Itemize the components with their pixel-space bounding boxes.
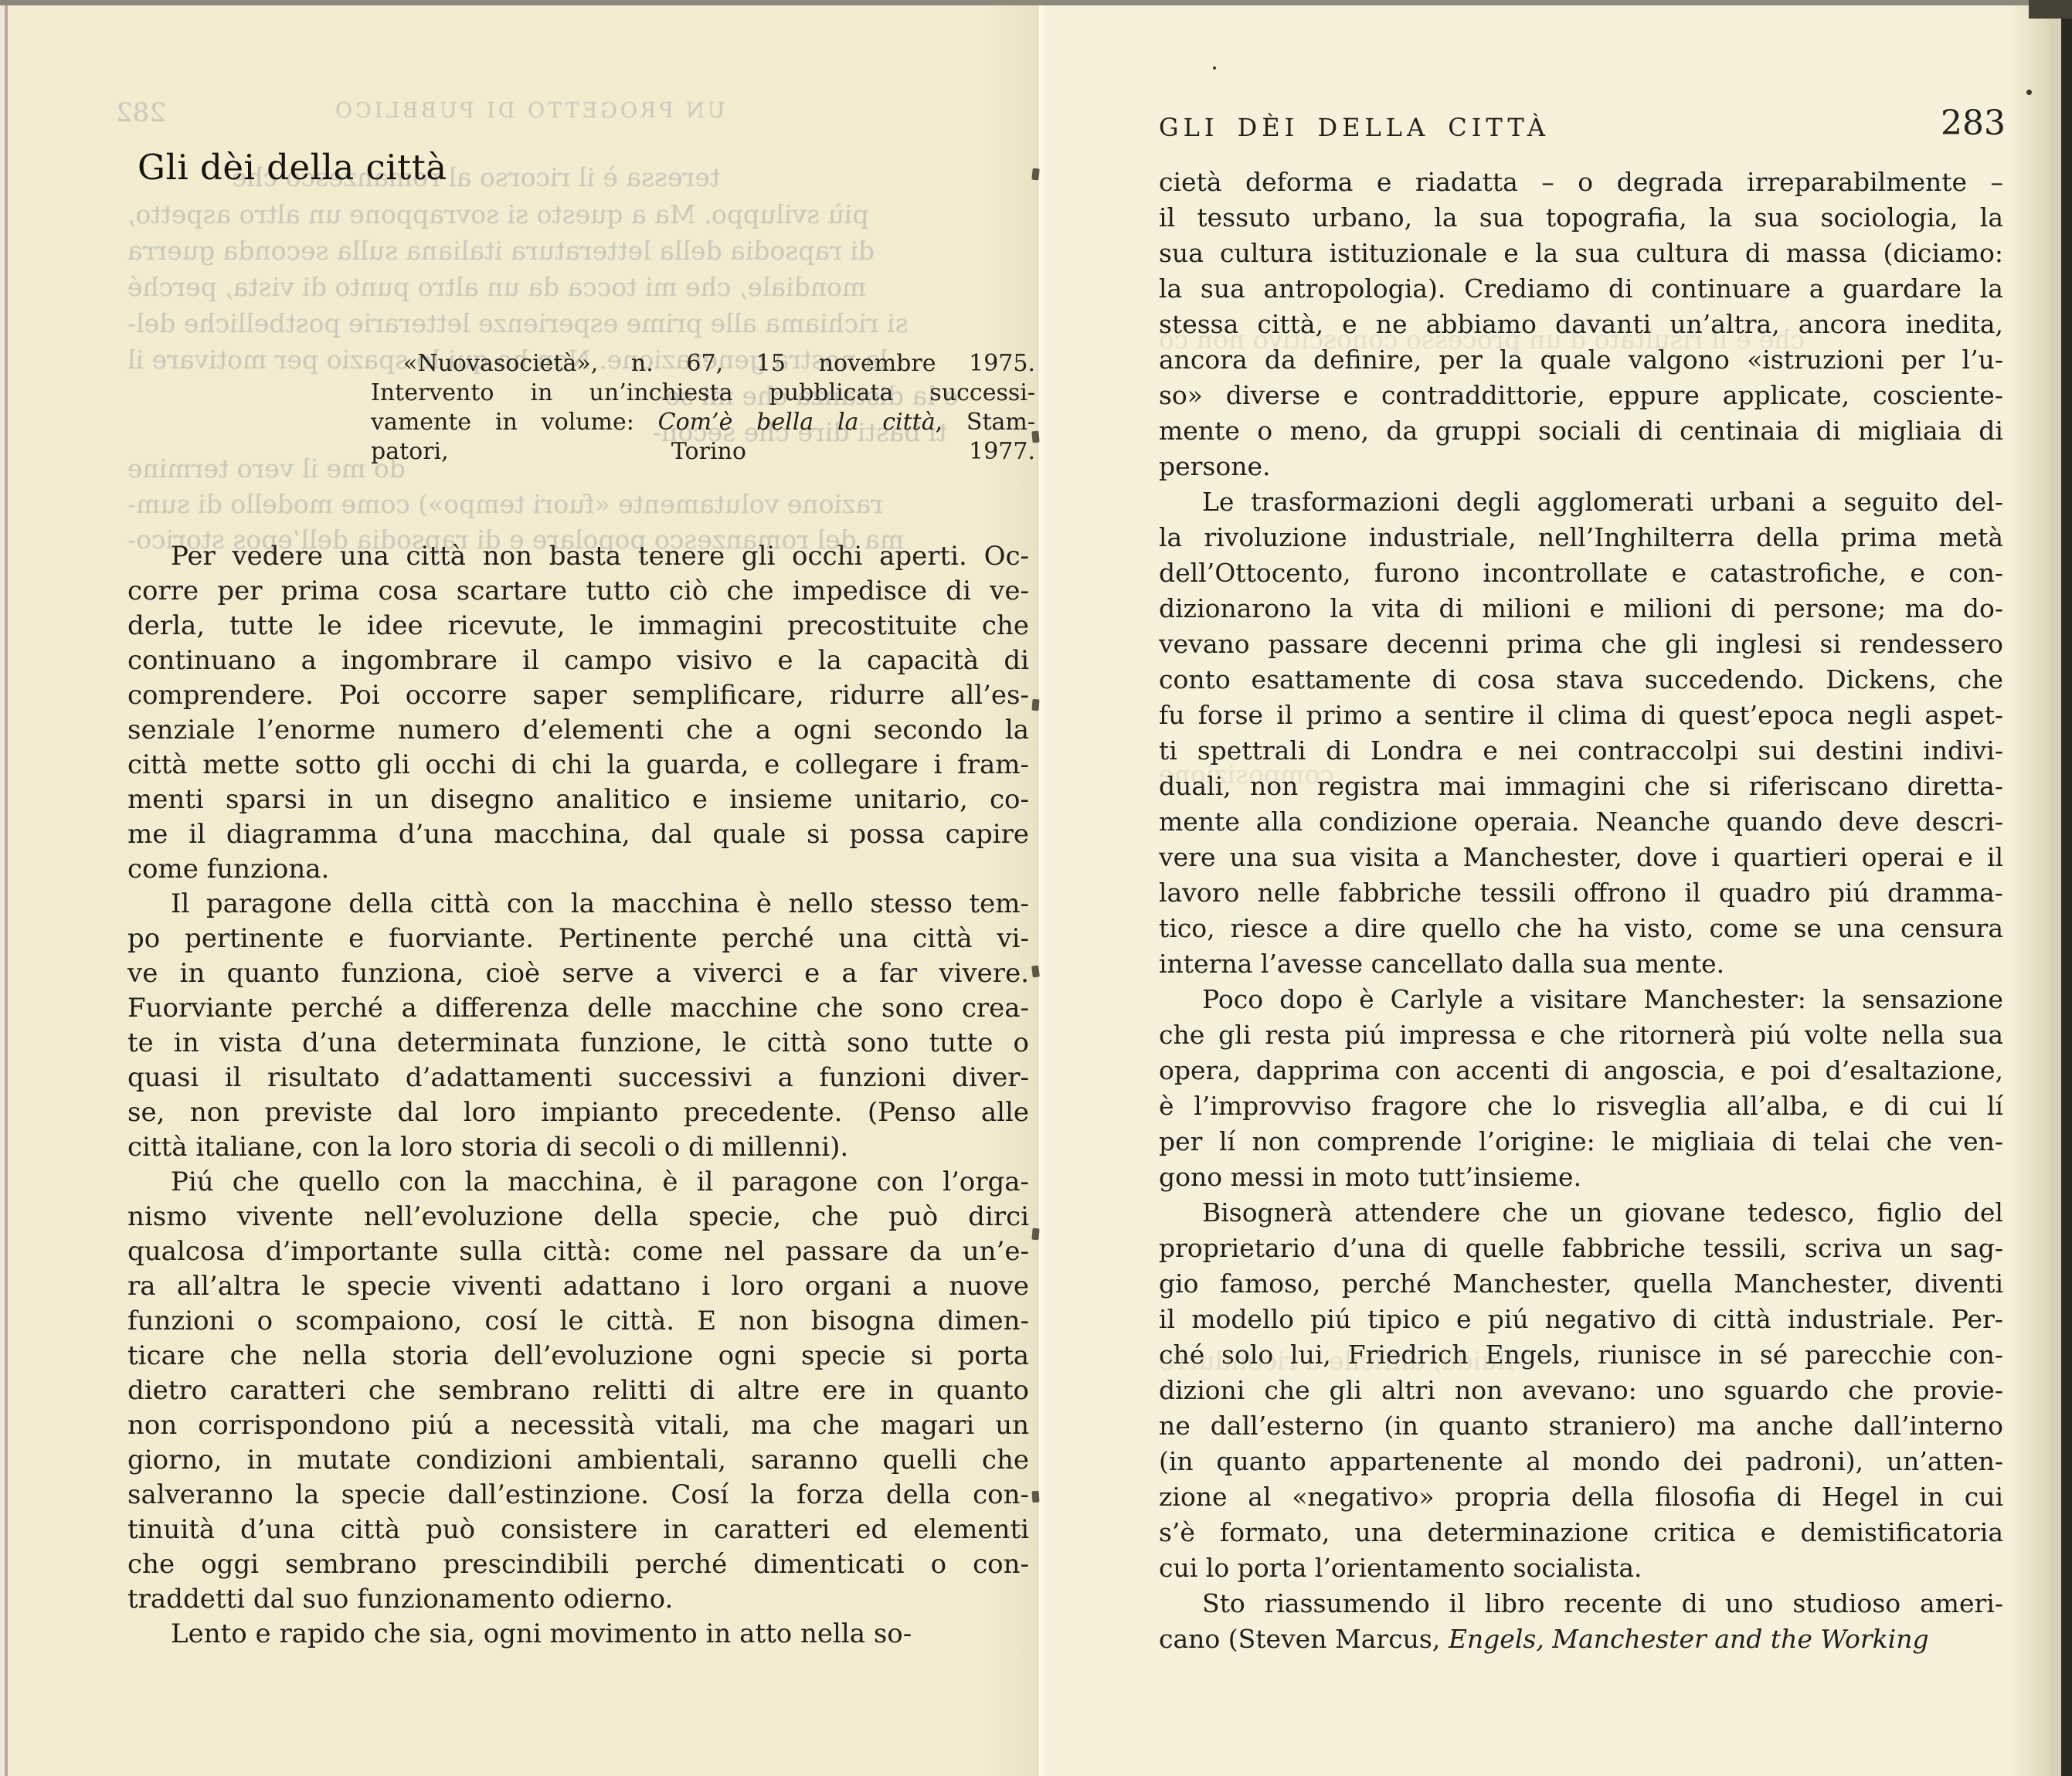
text-line: gio famoso, perché Manchester, quella Ma…: [1159, 1266, 2003, 1302]
essay-title: Gli dèi della città: [138, 147, 447, 188]
text-line: vere una sua visita a Manchester, dove i…: [1159, 840, 2003, 875]
book-right-page-edge: [2049, 5, 2061, 1776]
text-line: Lento e rapido che sia, ogni movimento i…: [127, 1617, 1029, 1652]
text-line: cano (Steven Marcus, Engels, Manchester …: [1159, 1621, 2003, 1657]
text-line: vevano passare decenni prima che gli ing…: [1159, 627, 2003, 662]
paper-speck: [1213, 66, 1216, 70]
text-line: ancora da definire, per la quale valgono…: [1159, 342, 2003, 378]
source-citation: «Nuovasocietà», n. 67, 15 novembre 1975.…: [371, 349, 1035, 467]
text-line: il modello piú tipico e piú negativo di …: [1159, 1302, 2003, 1337]
text-line: come funziona.: [127, 852, 1029, 887]
text-line: Per vedere una città non basta tenere gl…: [127, 539, 1029, 574]
bleed-through-line: mondiale, che mi tocca da un altro punto…: [127, 272, 866, 302]
page-number: 283: [1905, 104, 2006, 143]
text-line: se, non previste dal loro impianto prece…: [127, 1095, 1029, 1130]
text-line: Il paragone della città con la macchina …: [127, 887, 1029, 922]
book-spread: 282UN PROGETTO DI PUBBLICOteressa è il r…: [0, 0, 2072, 1776]
text-line: Piú che quello con la macchina, è il par…: [127, 1165, 1029, 1200]
text-line: traddetti dal suo funzionamento odierno.: [127, 1582, 1029, 1617]
paragraph: cietà deforma e riadatta – o degrada irr…: [1159, 165, 2003, 484]
bleed-through-line: di rapsodia della letteratura italiana s…: [127, 236, 875, 266]
text-line: cui lo porta l’orientamento socialista.: [1159, 1550, 2003, 1586]
text-line: continuano a ingombrare il campo visivo …: [127, 644, 1029, 678]
text-line: corre per prima cosa scartare tutto ciò …: [127, 574, 1029, 609]
text-line: tico, riesce a dire quello che ha visto,…: [1159, 911, 2003, 946]
text-line: non corrispondono piú a necessità vitali…: [127, 1408, 1029, 1443]
text-line: Sto riassumendo il libro recente di uno …: [1159, 1586, 2003, 1621]
text-line: ve in quanto funziona, cioè serve a vive…: [127, 956, 1029, 991]
text-line: me il diagramma d’una macchina, dal qual…: [127, 817, 1029, 852]
bleed-through-line: UN PROGETTO DI PUBBLICO: [332, 99, 725, 123]
text-line: fu forse il primo a sentire il clima di …: [1159, 698, 2003, 733]
text-line: mente o meno, da gruppi sociali di centi…: [1159, 413, 2003, 449]
text-line: duali, non registra mai immagini che si …: [1159, 769, 2003, 804]
text-line: qualcosa d’importante sulla città: come …: [127, 1234, 1029, 1269]
text-line: città mette sotto gli occhi di chi la gu…: [127, 748, 1029, 783]
text-line: ticare che nella storia dell’evoluzione …: [127, 1339, 1029, 1374]
gutter-mark: [1031, 168, 1040, 181]
text-line: città italiane, con la loro storia di se…: [127, 1130, 1029, 1165]
paragraph: Il paragone della città con la macchina …: [127, 887, 1029, 1165]
text-line: derla, tutte le idee ricevute, le immagi…: [127, 609, 1029, 644]
bleed-through-line: 282: [116, 97, 166, 128]
text-line: interna l’avesse cancellato dalla sua me…: [1159, 946, 2003, 982]
text-line: funzioni o scompaiono, cosí le città. E …: [127, 1304, 1029, 1339]
text-line: ché solo lui, Friedrich Engels, riunisce…: [1159, 1337, 2003, 1373]
text-line: ti spettrali di Londra e nei contraccolp…: [1159, 733, 2003, 769]
bleed-through-line: razione volutamente «fuori tempo») come …: [127, 489, 883, 519]
text-line: Fuorviante perché a differenza delle mac…: [127, 991, 1029, 1026]
gutter-mark: [1031, 1491, 1039, 1503]
paragraph: Poco dopo è Carlyle a visitare Mancheste…: [1159, 982, 2003, 1195]
text-line: zione al «negativo» propria della filoso…: [1159, 1479, 2003, 1515]
text-line: lavoro nelle fabbriche tessili offrono i…: [1159, 875, 2003, 911]
text-line: dizionarono la vita di milioni e milioni…: [1159, 591, 2003, 627]
text-line: mente alla condizione operaia. Neanche q…: [1159, 804, 2003, 840]
paragraph: Lento e rapido che sia, ogni movimento i…: [127, 1617, 1029, 1652]
text-line: dizioni che gli altri non avevano: uno s…: [1159, 1373, 2003, 1408]
text-line: Bisognerà attendere che un giovane tedes…: [1159, 1195, 2003, 1231]
text-line: «Nuovasocietà», n. 67, 15 novembre 1975.: [371, 349, 1035, 379]
text-line: patori, Torino 1977.: [371, 437, 1035, 467]
text-line: po pertinente e fuorviante. Pertinente p…: [127, 922, 1029, 956]
text-line: gono messi in moto tutt’insieme.: [1159, 1160, 2003, 1195]
gutter-mark: [1031, 966, 1040, 978]
text-line: senziale l’enorme numero d’elementi che …: [127, 713, 1029, 748]
bleed-through-line: più sviluppo. Ma a questo si sovrappone …: [127, 199, 868, 229]
text-line: è l’improvviso fragore che lo risveglia …: [1159, 1088, 2003, 1124]
text-line: la sua antropologia). Crediamo di contin…: [1159, 271, 2003, 307]
text-line: la rivoluzione industriale, nell’Inghilt…: [1159, 520, 2003, 555]
paragraph: Per vedere una città non basta tenere gl…: [127, 539, 1029, 887]
text-line: giorno, in mutate condizioni ambientali,…: [127, 1443, 1029, 1478]
text-line: stessa città, e ne abbiamo davanti un’al…: [1159, 307, 2003, 342]
text-line: dell’Ottocento, furono incontrollate e c…: [1159, 555, 2003, 591]
scan-top-edge: [0, 0, 2072, 5]
paragraph: Bisognerà attendere che un giovane tedes…: [1159, 1195, 2003, 1586]
paragraph: Sto riassumendo il libro recente di uno …: [1159, 1586, 2003, 1657]
scan-right-edge: [2061, 0, 2072, 1776]
paragraph: Le trasformazioni degli agglomerati urba…: [1159, 484, 2003, 982]
text-line: ne dall’esterno (in quanto straniero) ma…: [1159, 1408, 2003, 1444]
text-line: proprietario d’una di quelle fabbriche t…: [1159, 1231, 2003, 1266]
text-line: quasi il risultato d’adattamenti success…: [127, 1061, 1029, 1095]
running-header: GLI DÈI DELLA CITTÀ: [1159, 113, 1550, 142]
text-line: ra all’altra le specie viventi adattano …: [127, 1269, 1029, 1304]
text-line: dietro caratteri che sembrano relitti di…: [127, 1374, 1029, 1408]
right-page-edge-shadow: [2009, 5, 2049, 1776]
text-line: s’è formato, una determinazione critica …: [1159, 1515, 2003, 1550]
text-line: che gli resta piú impressa e che ritorne…: [1159, 1017, 2003, 1053]
left-body-text: Per vedere una città non basta tenere gl…: [127, 539, 1029, 1652]
paper-speck: [2026, 90, 2032, 95]
text-line: il tessuto urbano, la sua topografia, la…: [1159, 200, 2003, 236]
text-line: che oggi sembrano prescindibili perché d…: [127, 1547, 1029, 1582]
bleed-through-line: do me il vero termine: [127, 453, 406, 484]
gutter-mark: [1031, 1228, 1039, 1241]
text-line: te in vista d’una determinata funzione, …: [127, 1026, 1029, 1061]
text-line: conto esattamente di cosa stava succeden…: [1159, 662, 2003, 698]
paragraph: Piú che quello con la macchina, è il par…: [127, 1165, 1029, 1617]
text-line: salveranno la specie dall’estinzione. Co…: [127, 1478, 1029, 1513]
text-line: Poco dopo è Carlyle a visitare Mancheste…: [1159, 982, 2003, 1017]
text-line: cietà deforma e riadatta – o degrada irr…: [1159, 165, 2003, 200]
text-line: menti sparsi in un disegno analitico e i…: [127, 783, 1029, 817]
text-line: Le trasformazioni degli agglomerati urba…: [1159, 484, 2003, 520]
gutter-mark: [1031, 699, 1039, 711]
text-line: comprendere. Poi occorre saper semplific…: [127, 678, 1029, 713]
text-line: so» diverse e contraddittorie, eppure ap…: [1159, 378, 2003, 413]
text-line: persone.: [1159, 449, 2003, 484]
text-line: opera, dapprima con accenti di angoscia,…: [1159, 1053, 2003, 1088]
text-line: per lí non comprende l’origine: le migli…: [1159, 1124, 2003, 1160]
text-line: (in quanto appartenente al mondo dei pad…: [1159, 1444, 2003, 1479]
text-line: sua cultura istituzionale e la sua cultu…: [1159, 236, 2003, 271]
text-line: Intervento in un’inchiesta pubblicata su…: [371, 379, 1035, 408]
bleed-through-line: si richiama alle prime esperienze letter…: [127, 308, 908, 338]
text-line: tinuità d’una città può consistere in ca…: [127, 1513, 1029, 1547]
text-line: nismo vivente nell’evoluzione della spec…: [127, 1200, 1029, 1234]
right-body-text: cietà deforma e riadatta – o degrada irr…: [1159, 165, 2003, 1657]
scan-top-right-corner: [2029, 0, 2072, 19]
scan-left-edge-line: [5, 5, 8, 1776]
text-line: vamente in volume: Com’è bella la città,…: [371, 408, 1035, 437]
